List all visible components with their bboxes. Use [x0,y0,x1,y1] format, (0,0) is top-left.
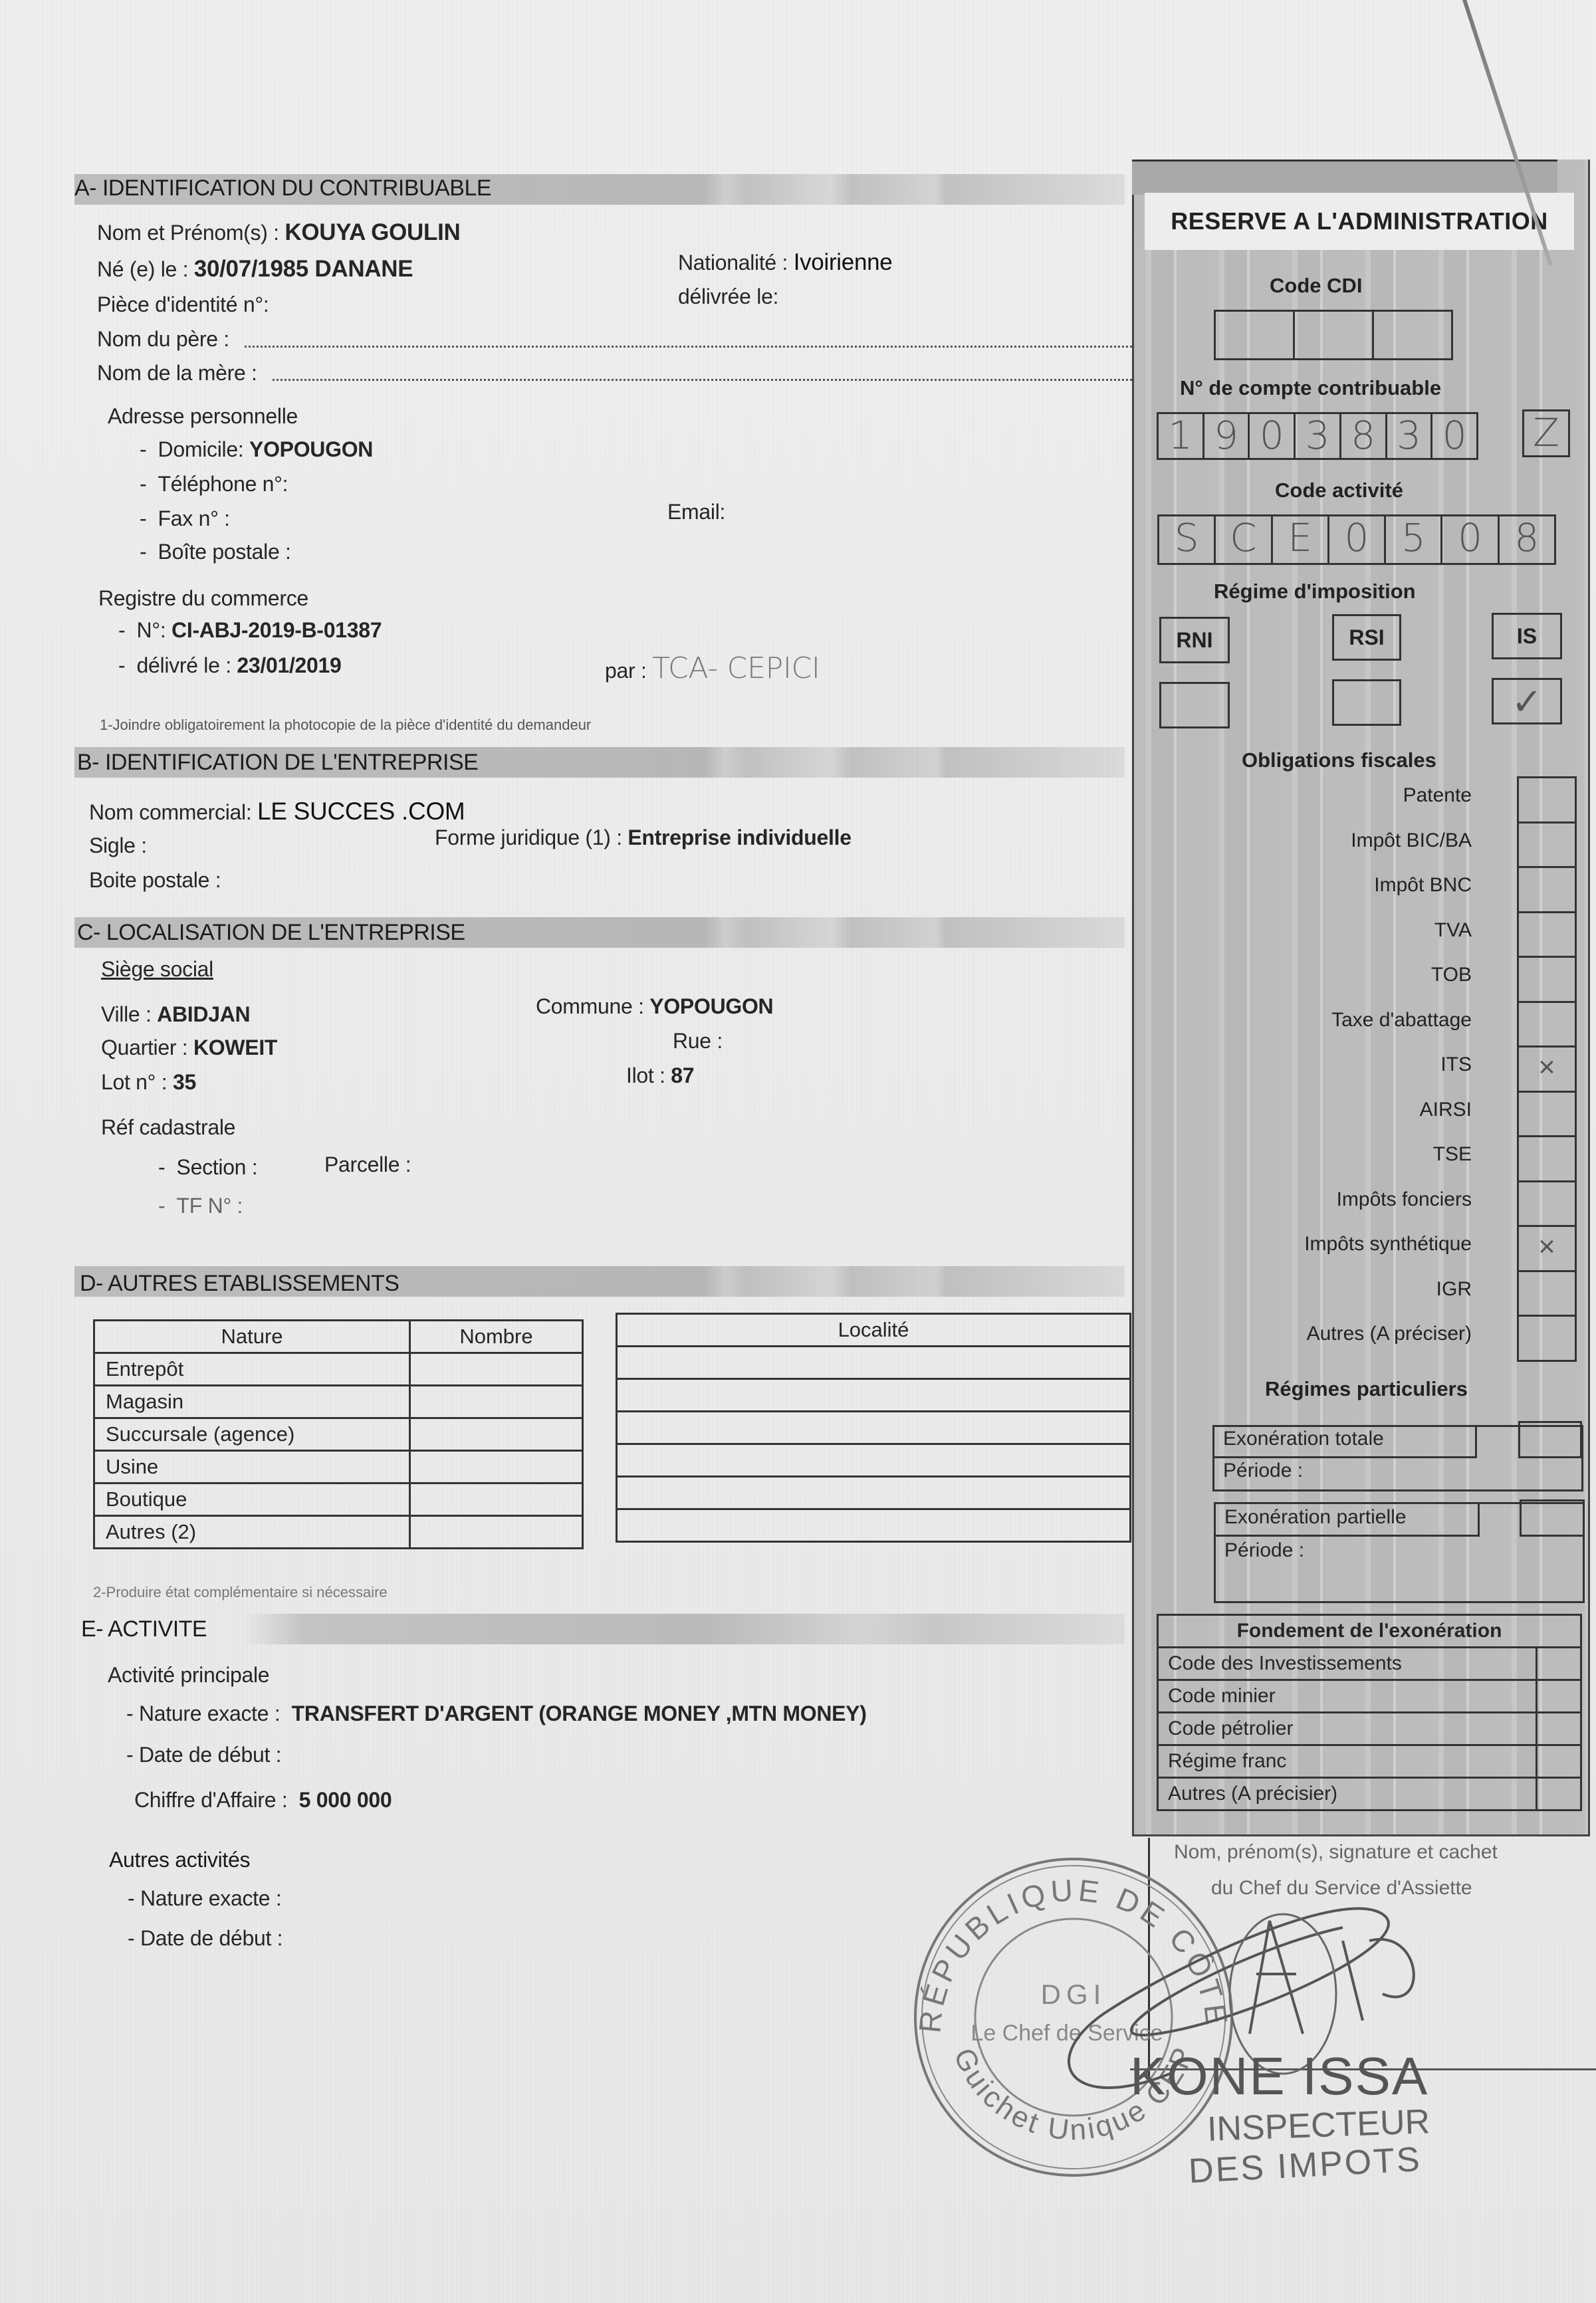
fondement-table: Fondement de l'exonération Code des Inve… [1157,1614,1582,1811]
nom-mere-dotted-line [273,379,1132,381]
domicile-value: YOPOUGON [249,437,373,461]
nom-field: Nom et Prénom(s) : KOUYA GOULIN [97,219,461,246]
regime-rni-checkbox[interactable] [1159,682,1230,728]
forme-juridique-label: Forme juridique (1) : [435,825,622,849]
table-row: Magasin [94,1386,583,1418]
ville-label: Ville : [101,1002,152,1026]
tf-label: TF N° : [177,1194,243,1218]
regime-imposition-label: Régime d'imposition [1214,580,1416,603]
localite-cell[interactable] [617,1444,1131,1477]
date-debut-label: - Date de début : [126,1743,281,1767]
delivree-label: délivrée le: [678,284,778,309]
code-activite-char: 0 [1442,516,1499,563]
compte-contribuable-input[interactable]: 1 9 0 3 8 3 0 [1157,412,1478,460]
telephone-field: - Téléphone n°: [140,472,288,496]
ville-value: ABIDJAN [157,1002,250,1026]
table-row: Autres (2) [94,1516,583,1549]
autres-nature-label: - Nature exacte : [128,1886,281,1911]
regime-rsi-label: RSI [1332,614,1401,661]
code-cdi-cell [1295,312,1374,358]
header-nombre: Nombre [410,1321,583,1353]
rc-numero-value: CI-ABJ-2019-B-01387 [171,618,382,642]
rue-label: Rue : [673,1029,723,1053]
regimes-particuliers-label: Régimes particuliers [1265,1377,1468,1401]
obligation-label: TSE [1433,1143,1472,1166]
localite-cell[interactable] [617,1412,1131,1444]
fondement-checkbox[interactable] [1537,1648,1581,1680]
fondement-item: Code pétrolier [1158,1713,1537,1745]
obligation-label: Patente [1403,784,1472,807]
table-row: Code des Investissements [1158,1648,1581,1680]
section-e-title: E- ACTIVITE [81,1616,207,1642]
domicile-label: Domicile: [158,437,244,461]
boite-postale-entreprise-label: Boite postale : [89,868,221,893]
compte-digit: 9 [1204,414,1250,458]
localite-cell[interactable] [617,1477,1131,1509]
compte-cle-input[interactable]: Z [1522,409,1570,457]
obligation-checkbox[interactable] [1519,1137,1575,1182]
code-activite-char: 5 [1386,516,1442,563]
compte-digit: 8 [1341,414,1387,458]
compte-digit: 0 [1250,414,1296,458]
regime-is-checkbox[interactable]: ✓ [1492,678,1562,724]
exo-partielle-periode-label: Période : [1224,1539,1304,1562]
nature-exacte-field: - Nature exacte : TRANSFERT D'ARGENT (OR… [126,1701,867,1726]
obligation-label: Autres (A préciser) [1307,1323,1472,1345]
compte-digit: 1 [1159,414,1204,458]
obligation-checkbox[interactable] [1519,913,1575,958]
boite-postale-field: - Boîte postale : [140,540,291,564]
fondement-checkbox[interactable] [1537,1778,1581,1810]
quartier-field: Quartier : KOWEIT [101,1036,277,1060]
obligation-checkbox[interactable] [1519,1272,1575,1317]
rc-par-label: par : [605,659,647,683]
header-localite: Localité [617,1314,1131,1347]
fondement-item: Autres (A précisier) [1158,1778,1537,1810]
fondement-item: Régime franc [1158,1745,1537,1778]
obligation-label: Taxe d'abattage [1331,1009,1472,1032]
row-label: Magasin [94,1386,410,1418]
regime-rsi-checkbox[interactable] [1332,679,1401,726]
section-a-title: A- IDENTIFICATION DU CONTRIBUABLE [74,175,491,201]
email-label: Email: [667,500,725,524]
fondement-item: Code minier [1158,1680,1537,1713]
obligation-label: Impôts synthétique [1304,1233,1472,1256]
rc-delivre-label: délivré le : [137,653,231,677]
nationalite-field: Nationalité : Ivoirienne [678,249,892,276]
ilot-field: Ilot : 87 [626,1063,694,1088]
nationalite-value: Ivoirienne [794,249,893,275]
obligation-checkbox[interactable] [1519,823,1575,869]
rc-numero-field: - N°: CI-ABJ-2019-B-01387 [118,618,382,643]
obligation-label: TOB [1431,964,1472,986]
obligation-label: Impôt BNC [1374,874,1472,897]
nombre-cell[interactable] [410,1353,583,1386]
nature-exacte-label: - Nature exacte : [126,1701,280,1725]
obligations-fiscales-label: Obligations fiscales [1242,748,1436,772]
table-row: Usine [94,1451,583,1483]
forme-juridique-value: Entreprise individuelle [627,825,851,849]
fax-label: Fax n° : [158,506,230,530]
code-activite-char: E [1273,516,1329,563]
obligations-checkbox-column: ×× [1517,776,1577,1362]
telephone-label: Téléphone n°: [158,472,288,496]
table-row: Succursale (agence) [94,1418,583,1451]
activite-principale-label: Activité principale [108,1663,269,1688]
obligation-checkbox[interactable] [1519,1003,1575,1048]
etablissements-nature-table: Nature Nombre Entrepôt Magasin Succursal… [93,1319,584,1549]
code-activite-char: S [1159,516,1216,563]
obligation-label: ITS [1440,1053,1472,1076]
nombre-cell[interactable] [410,1418,583,1451]
table-row: Régime franc [1158,1745,1581,1778]
commune-field: Commune : YOPOUGON [536,994,773,1019]
commune-value: YOPOUGON [649,994,773,1018]
etablissements-localite-table: Localité [616,1313,1131,1543]
row-label: Autres (2) [94,1516,410,1549]
fondement-checkbox[interactable] [1537,1680,1581,1713]
code-cdi-label: Code CDI [1270,274,1363,298]
code-cdi-cell [1216,312,1295,358]
footnote-2: 2-Produire état complémentaire si nécess… [93,1584,388,1601]
section-c-title: C- LOCALISATION DE L'ENTREPRISE [77,920,465,946]
compte-digit: 3 [1296,414,1341,458]
piece-identite-label: Pièce d'identité n°: [97,292,269,317]
code-activite-input[interactable]: S C E 0 5 0 8 [1157,514,1556,565]
admin-top-band [1132,160,1557,195]
fondement-checkbox[interactable] [1537,1713,1581,1745]
code-cdi-cell [1374,312,1451,358]
nombre-cell[interactable] [410,1386,583,1418]
autres-date-label: - Date de début : [128,1926,283,1951]
sigle-label: Sigle : [89,833,147,858]
obligation-checkbox[interactable] [1519,1182,1575,1228]
lot-label: Lot n° : [101,1070,167,1094]
localite-cell[interactable] [617,1347,1131,1379]
rc-delivre-field: - délivré le : 23/01/2019 [118,653,342,678]
ilot-label: Ilot : [626,1063,665,1087]
row-label: Succursale (agence) [94,1418,410,1451]
code-cdi-input[interactable] [1214,310,1453,360]
obligation-label: Impôts fonciers [1337,1188,1472,1211]
obligation-checkbox[interactable] [1519,958,1575,1003]
chiffre-affaire-label: Chiffre d'Affaire : [134,1788,287,1812]
naissance-field: Né (e) le : 30/07/1985 DANANE [97,256,413,282]
lot-value: 35 [173,1070,196,1094]
compte-digit: 3 [1387,414,1433,458]
nombre-cell[interactable] [410,1516,583,1549]
obligation-checkbox[interactable] [1519,868,1575,913]
footnote-1: 1-Joindre obligatoirement la photocopie … [100,716,591,734]
commune-label: Commune : [536,994,644,1018]
compte-contribuable-label: N° de compte contribuable [1180,376,1441,400]
localite-cell[interactable] [617,1379,1131,1412]
chiffre-affaire-value: 5 000 000 [299,1788,392,1812]
code-activite-char: 8 [1500,516,1554,563]
nom-commercial-value: LE SUCCES .COM [257,798,465,825]
table-row: Boutique [94,1483,583,1516]
section-field: - Section : [158,1155,257,1180]
nom-label: Nom et Prénom(s) : [97,221,279,245]
rc-numero-label: N°: [137,618,166,642]
rc-par-field: par : TCA- CEPICI [605,651,820,685]
code-activite-char: C [1216,516,1272,563]
nationalite-label: Nationalité : [678,251,788,274]
obligation-label: IGR [1436,1278,1472,1301]
nom-pere-dotted-line [245,346,1132,348]
quartier-label: Quartier : [101,1036,187,1059]
naissance-value: 30/07/1985 DANANE [194,256,413,282]
section-label: Section : [177,1155,258,1179]
nature-exacte-value: TRANSFERT D'ARGENT (ORANGE MONEY ,MTN MO… [292,1701,867,1725]
table-row: Entrepôt [94,1353,583,1386]
obligation-checkbox[interactable] [1519,778,1575,823]
exo-partielle-label: Exonération partielle [1224,1506,1407,1529]
nom-pere-label: Nom du père : [97,327,229,352]
regime-rni-label: RNI [1159,617,1230,663]
row-label: Entrepôt [94,1353,410,1386]
fondement-item: Code des Investissements [1158,1648,1537,1680]
quartier-value: KOWEIT [193,1036,277,1059]
code-activite-char: 0 [1329,516,1386,563]
officer-name: KONE ISSA [1130,2046,1428,2107]
regime-is-label: IS [1492,613,1562,659]
table-row: Code pétrolier [1158,1713,1581,1745]
section-b-title: B- IDENTIFICATION DE L'ENTREPRISE [77,750,478,776]
naissance-label: Né (e) le : [97,257,188,281]
rc-par-handwritten-value: TCA- CEPICI [652,651,820,685]
nom-value: KOUYA GOULIN [285,219,460,245]
section-e-band [74,1614,1125,1644]
fondement-header: Fondement de l'exonération [1158,1615,1581,1648]
nombre-cell[interactable] [410,1483,583,1516]
fondement-checkbox[interactable] [1537,1745,1581,1778]
exo-totale-label: Exonération totale [1223,1428,1384,1450]
header-nature: Nature [94,1321,410,1353]
nom-commercial-field: Nom commercial: LE SUCCES .COM [89,798,465,825]
table-row: Code minier [1158,1680,1581,1713]
exo-totale-periode-label: Période : [1223,1460,1303,1482]
boite-postale-label: Boîte postale : [158,540,291,564]
localite-cell[interactable] [617,1509,1131,1542]
table-row: Autres (A précisier) [1158,1778,1581,1810]
parcelle-label: Parcelle : [324,1152,411,1177]
obligation-checkbox[interactable] [1519,1317,1575,1362]
nom-mere-label: Nom de la mère : [97,361,257,385]
registre-label: Registre du commerce [98,586,308,611]
chiffre-affaire-field: Chiffre d'Affaire : 5 000 000 [134,1788,392,1812]
ilot-value: 87 [671,1063,694,1087]
obligation-label: AIRSI [1420,1099,1472,1121]
lot-field: Lot n° : 35 [101,1070,196,1095]
tf-field: - TF N° : [158,1194,243,1218]
nom-commercial-label: Nom commercial: [89,800,251,824]
siege-social-label: Siège social [101,957,213,982]
row-label: Usine [94,1451,410,1483]
ville-field: Ville : ABIDJAN [101,1002,250,1027]
admin-title: RESERVE A L'ADMINISTRATION [1145,193,1574,250]
autres-activites-label: Autres activités [109,1848,250,1872]
forme-juridique-field: Forme juridique (1) : Entreprise individ… [435,825,852,850]
obligation-checkbox[interactable] [1519,1093,1575,1138]
obligation-label: Impôt BIC/BA [1351,829,1472,852]
code-activite-label: Code activité [1275,479,1403,502]
check-icon: ✓ [1512,681,1543,722]
obligation-checkbox[interactable]: × [1519,1227,1575,1272]
fax-field: - Fax n° : [140,506,230,531]
obligation-label: TVA [1434,919,1472,942]
rc-delivre-value: 23/01/2019 [237,653,341,677]
section-d-title: D- AUTRES ETABLISSEMENTS [80,1271,399,1297]
ref-cadastrale-label: Réf cadastrale [101,1115,235,1140]
nombre-cell[interactable] [410,1451,583,1483]
adresse-label: Adresse personnelle [108,404,298,429]
compte-cle: Z [1524,411,1568,455]
domicile-field: - Domicile: YOPOUGON [140,437,373,462]
exo-totale-checkbox[interactable] [1518,1421,1582,1458]
row-label: Boutique [94,1483,410,1516]
obligation-checkbox[interactable]: × [1519,1047,1575,1093]
compte-digit: 0 [1432,414,1476,458]
exo-partielle-checkbox[interactable] [1520,1499,1585,1537]
